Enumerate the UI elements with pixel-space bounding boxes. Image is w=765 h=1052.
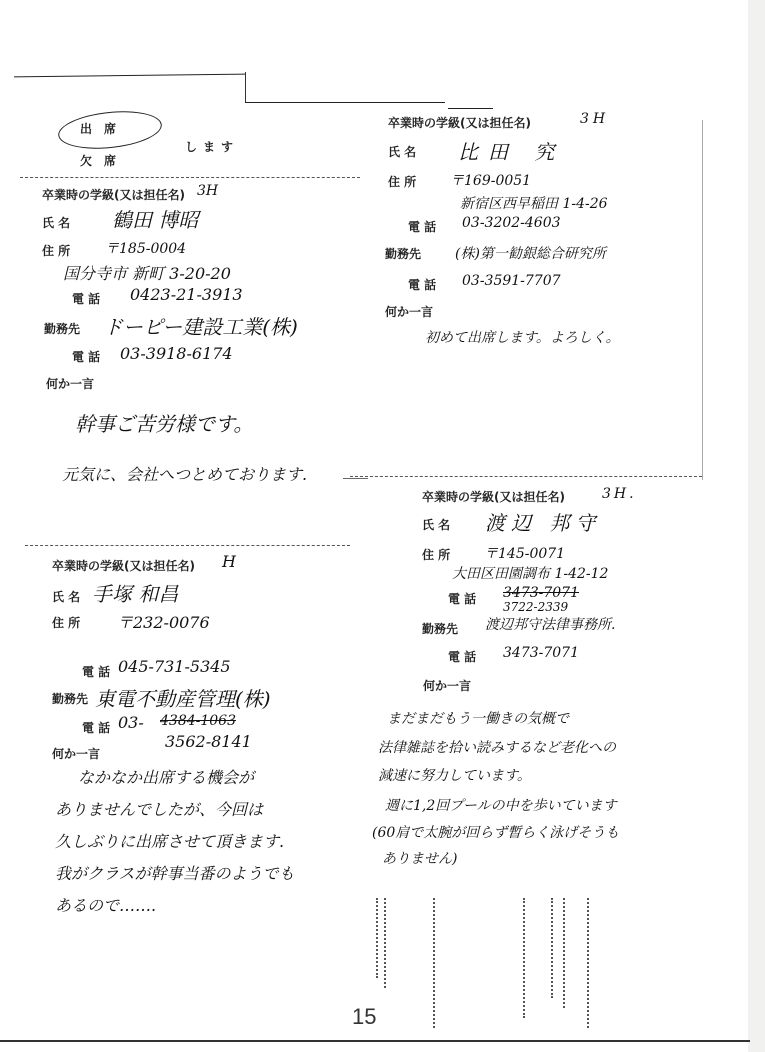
- phone-value: 0423-21-3913: [130, 285, 243, 304]
- work-phone-value: 3562-8141: [165, 732, 252, 751]
- comment-label: 何か一言: [52, 745, 100, 762]
- phone-label: 電 話: [82, 663, 110, 680]
- card1-bottom-divider: [25, 545, 350, 546]
- postal-value: 〒169-0051: [450, 170, 531, 190]
- card2-top-border: [245, 102, 445, 103]
- class-value: 3H: [580, 111, 609, 127]
- work-value: 東電不動産管理(株): [95, 683, 271, 712]
- name-label: 氏 名: [52, 588, 80, 605]
- attend-option: 出 席: [80, 120, 116, 137]
- attendance-divider: [20, 177, 360, 178]
- work-phone-value: 03-3918-6174: [120, 344, 233, 363]
- comment-line-1: 初めて出席します。よろしく。: [425, 327, 620, 347]
- card1-top-corner: [245, 72, 246, 102]
- postal-value: 〒145-0071: [484, 543, 565, 563]
- absent-option: 欠 席: [80, 152, 116, 169]
- phone-label: 電 話: [72, 290, 100, 307]
- phone-struck: 3473-7071: [503, 585, 579, 601]
- work-label: 勤務先: [44, 320, 80, 337]
- address-label: 住 所: [52, 614, 80, 631]
- work-phone-label: 電 話: [448, 648, 476, 665]
- scan-artifact: [587, 898, 591, 1028]
- address-value: 新宿区西早稲田 1-4-26: [460, 193, 608, 213]
- comment-label: 何か一言: [385, 303, 433, 320]
- work-phone-struck: 4384-1063: [160, 713, 236, 729]
- phone-value: 045-731-5345: [118, 657, 231, 676]
- comment-line-1: なかなか出席する機会が: [78, 765, 254, 788]
- work-phone-label: 電 話: [82, 719, 110, 736]
- class-value: 3H.: [602, 486, 637, 502]
- page-bottom-edge: [0, 1040, 750, 1042]
- work-phone-prefix: 03-: [118, 713, 144, 732]
- card2-right-edge: [702, 120, 703, 480]
- work-label: 勤務先: [422, 620, 458, 637]
- comment-label: 何か一言: [423, 677, 471, 694]
- comment-line-5: (60肩で太腕が回らず暫らく泳げそうも: [372, 822, 619, 842]
- address-value: 国分寺市 新町 3-20-20: [63, 261, 231, 284]
- name-value: 鶴田 博昭: [112, 204, 198, 233]
- work-phone-value: 3473-7071: [503, 645, 579, 661]
- scan-edge-shade: [748, 0, 765, 1052]
- address-value: 大田区田園調布 1-42-12: [452, 563, 608, 583]
- scan-artifact: [433, 898, 437, 1028]
- comment-line-5: あるので…….: [55, 893, 156, 916]
- work-phone-label: 電 話: [408, 276, 436, 293]
- comment-line-6: ありません): [382, 848, 457, 868]
- phone-value: 03-3202-4603: [462, 215, 561, 231]
- name-value: 比田 究: [458, 136, 564, 165]
- name-label: 氏 名: [42, 214, 70, 231]
- work-phone-label: 電 話: [72, 348, 100, 365]
- comment-line-1: まだまだもう一働きの気概で: [387, 708, 569, 728]
- comment-line-1: 幹事ご苦労様です。: [75, 408, 253, 437]
- phone-value: 3722-2339: [503, 600, 568, 614]
- postal-value: 〒185-0004: [105, 238, 186, 258]
- work-phone-value: 03-3591-7707: [462, 273, 561, 289]
- name-label: 氏 名: [388, 143, 416, 160]
- name-value: 渡辺 邦守: [485, 507, 601, 536]
- comment-line-4: 我がクラスが幹事当番のようでも: [55, 861, 295, 884]
- scan-artifact: [563, 898, 567, 1008]
- card1-right-tick: [343, 478, 368, 479]
- class-label: 卒業時の学級(又は担任名): [388, 114, 531, 131]
- work-label: 勤務先: [385, 245, 421, 262]
- comment-line-4: 週に1,2回プールの中を歩いています: [385, 795, 617, 815]
- class-label: 卒業時の学級(又は担任名): [52, 557, 195, 574]
- address-label: 住 所: [388, 173, 416, 190]
- address-label: 住 所: [422, 546, 450, 563]
- class-label: 卒業時の学級(又は担任名): [42, 186, 185, 203]
- attend-suffix: します: [185, 138, 239, 155]
- address-label: 住 所: [42, 242, 70, 259]
- work-value: 渡辺邦守法律事務所.: [485, 614, 615, 634]
- card4-top-divider: [350, 476, 702, 477]
- class-value: H: [222, 552, 236, 571]
- page-number: 15: [352, 1004, 376, 1030]
- work-label: 勤務先: [52, 690, 88, 707]
- class-label: 卒業時の学級(又は担任名): [422, 488, 565, 505]
- work-value: ドーピー建設工業(株): [103, 311, 298, 340]
- scan-artifact: [376, 898, 380, 978]
- postal-value: 〒232-0076: [117, 610, 210, 633]
- comment-line-2: 元気に、会社へつとめております.: [62, 462, 307, 485]
- name-label: 氏 名: [422, 516, 450, 533]
- comment-line-2: 法律雑誌を拾い読みするなど老化への: [378, 737, 616, 757]
- work-value: (株)第一勧銀総合研究所: [455, 243, 606, 263]
- class-value: 3H: [197, 183, 218, 199]
- scan-artifact: [523, 898, 527, 1018]
- scan-artifact: [384, 898, 388, 988]
- comment-line-2: ありませんでしたが、今回は: [55, 797, 263, 820]
- scan-artifact: [551, 898, 555, 998]
- phone-label: 電 話: [448, 590, 476, 607]
- comment-line-3: 久しぶりに出席させて頂きます.: [55, 829, 284, 852]
- name-value: 手塚 和昌: [92, 578, 178, 607]
- comment-line-3: 減速に努力しています。: [378, 765, 531, 785]
- card1-top-border: [14, 74, 246, 78]
- comment-label: 何か一言: [46, 375, 94, 392]
- phone-label: 電 話: [408, 218, 436, 235]
- card2-top-border-b: [448, 108, 493, 109]
